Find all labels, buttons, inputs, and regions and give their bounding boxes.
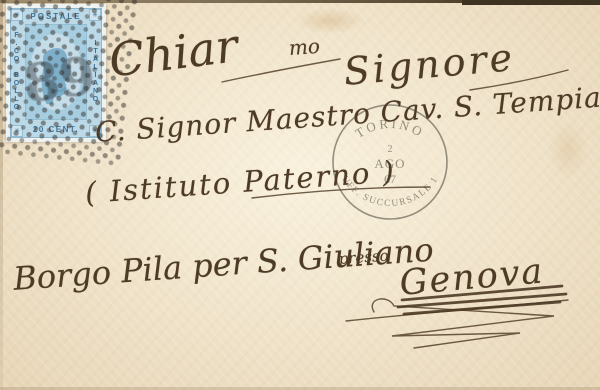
stamp-center-panel — [25, 24, 87, 120]
institute-line: ( Istituto Paterno ) — [84, 154, 397, 210]
king-profile-portrait — [27, 28, 85, 116]
stamp-corner-ornament-icon: ✳ — [11, 125, 23, 137]
paper-stain — [295, 8, 365, 34]
stamp-frame: POSTALE 20 CENT. F.CO BOLLO ITALIANO ✳ ✳… — [10, 8, 102, 138]
destination-superscript-presso: presso — [338, 247, 389, 268]
salutation-signore: Signore — [342, 35, 517, 94]
envelope-top-right-edge — [462, 0, 600, 5]
envelope-left-edge — [0, 0, 3, 390]
stamp-corner-ornament-icon: ✳ — [11, 9, 23, 21]
salutation-chiarissimo: Chiar — [106, 18, 241, 87]
paper-stain — [548, 120, 588, 180]
stamp-corner-ornament-icon: ✳ — [89, 9, 101, 21]
stamp-text-francobollo: F.CO BOLLO — [13, 25, 20, 119]
postmark-day: 2 — [388, 144, 393, 155]
salutation-superscript: mo — [288, 34, 321, 60]
stamp-text-italiano: ITALIANO — [92, 25, 99, 119]
stamp-text-value: 20 CENT. — [25, 125, 87, 134]
postage-stamp: POSTALE 20 CENT. F.CO BOLLO ITALIANO ✳ ✳… — [6, 4, 106, 142]
zigzag-flourish — [372, 299, 554, 348]
underline-below-genova — [346, 300, 568, 321]
envelope: POSTALE 20 CENT. F.CO BOLLO ITALIANO ✳ ✳… — [0, 0, 600, 390]
stamp-text-postale: POSTALE — [25, 12, 87, 21]
